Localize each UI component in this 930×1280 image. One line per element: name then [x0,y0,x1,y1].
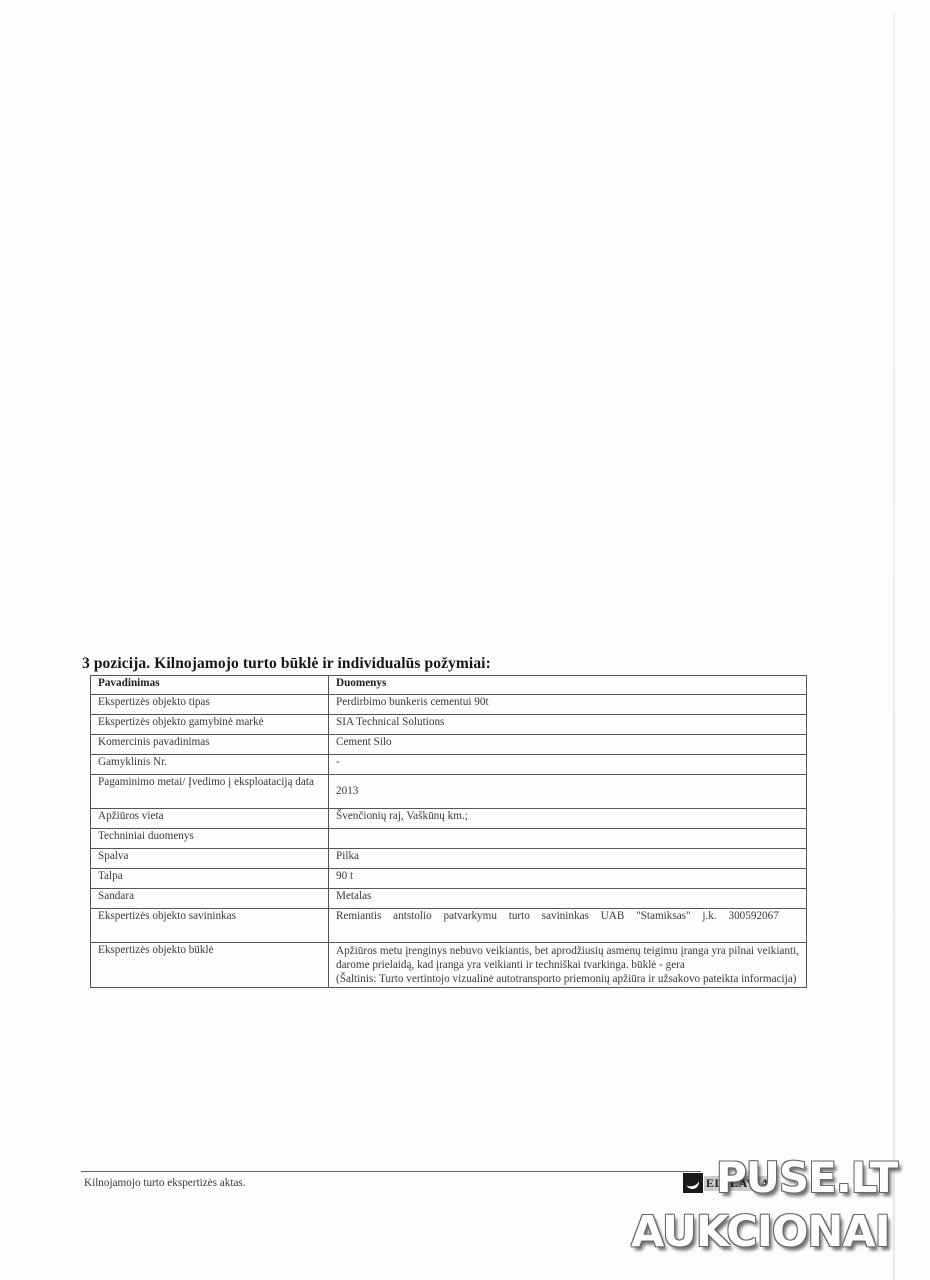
row-label: Sandara [91,889,329,909]
row-value: - [329,755,807,775]
row-label: Techniniai duomenys [91,829,329,849]
condition-text: Apžiūros metu įrenginys nebuvo veikianti… [336,944,799,972]
column-header-name: Pavadinimas [91,676,329,695]
row-label: Ekspertizės objekto būklė [91,943,329,988]
row-value: Perdirbimo bunkeris cementui 90t [329,695,807,715]
row-value: Remiantis antstolio patvarkymu turto sav… [329,909,807,943]
table-row: Ekspertizės objekto tipas Perdirbimo bun… [91,695,807,715]
row-value: Apžiūros metu įrenginys nebuvo veikianti… [329,943,807,988]
row-label: Ekspertizės objekto savininkas [91,909,329,943]
section-title: 3 pozicija. Kilnojamojo turto būklė ir i… [82,655,491,673]
table-row: Ekspertizės objekto gamybinė markė SIA T… [91,715,807,735]
page-edge [893,12,895,1280]
table-row: Komercinis pavadinimas Cement Silo [91,735,807,755]
table-row: Spalva Pilka [91,849,807,869]
row-value: SIA Technical Solutions [329,715,807,735]
table-row: Talpa 90 t [91,869,807,889]
table-row: Apžiūros vieta Švenčionių raj, Vaškūnų k… [91,809,807,829]
table-row: Pagaminimo metai/ Įvedimo į eksploatacij… [91,775,807,809]
row-label: Apžiūros vieta [91,809,329,829]
row-value: Pilka [329,849,807,869]
row-value: 90 t [329,869,807,889]
row-value: Cement Silo [329,735,807,755]
watermark-line-2: AUKCIONAI [631,1207,890,1257]
row-label: Ekspertizės objekto gamybinė markė [91,715,329,735]
row-label: Ekspertizės objekto tipas [91,695,329,715]
row-label: Gamyklinis Nr. [91,755,329,775]
logo-mark-icon [683,1173,703,1193]
table-header-row: Pavadinimas Duomenys [91,676,807,695]
row-value: 2013 [329,775,807,809]
row-label: Komercinis pavadinimas [91,735,329,755]
footer-divider [81,1171,701,1172]
condition-source-note: (Šaltinis: Turto vertintojo vizualinė au… [336,972,799,986]
footer-text: Kilnojamojo turto ekspertizės aktas. [84,1177,246,1189]
column-header-data: Duomenys [329,676,807,695]
row-label: Talpa [91,869,329,889]
row-value [329,829,807,849]
row-value: Metalas [329,889,807,909]
property-condition-table: Pavadinimas Duomenys Ekspertizės objekto… [90,675,807,988]
row-label: Pagaminimo metai/ Įvedimo į eksploatacij… [91,775,329,809]
watermark-line-1: PUSE.LT [716,1153,897,1202]
table-row: Ekspertizės objekto būklė Apžiūros metu … [91,943,807,988]
row-label: Spalva [91,849,329,869]
table-row: Techniniai duomenys [91,829,807,849]
table-row: Ekspertizės objekto savininkas Remiantis… [91,909,807,943]
row-value: Švenčionių raj, Vaškūnų km.; [329,809,807,829]
table-row: Sandara Metalas [91,889,807,909]
table-row: Gamyklinis Nr. - [91,755,807,775]
